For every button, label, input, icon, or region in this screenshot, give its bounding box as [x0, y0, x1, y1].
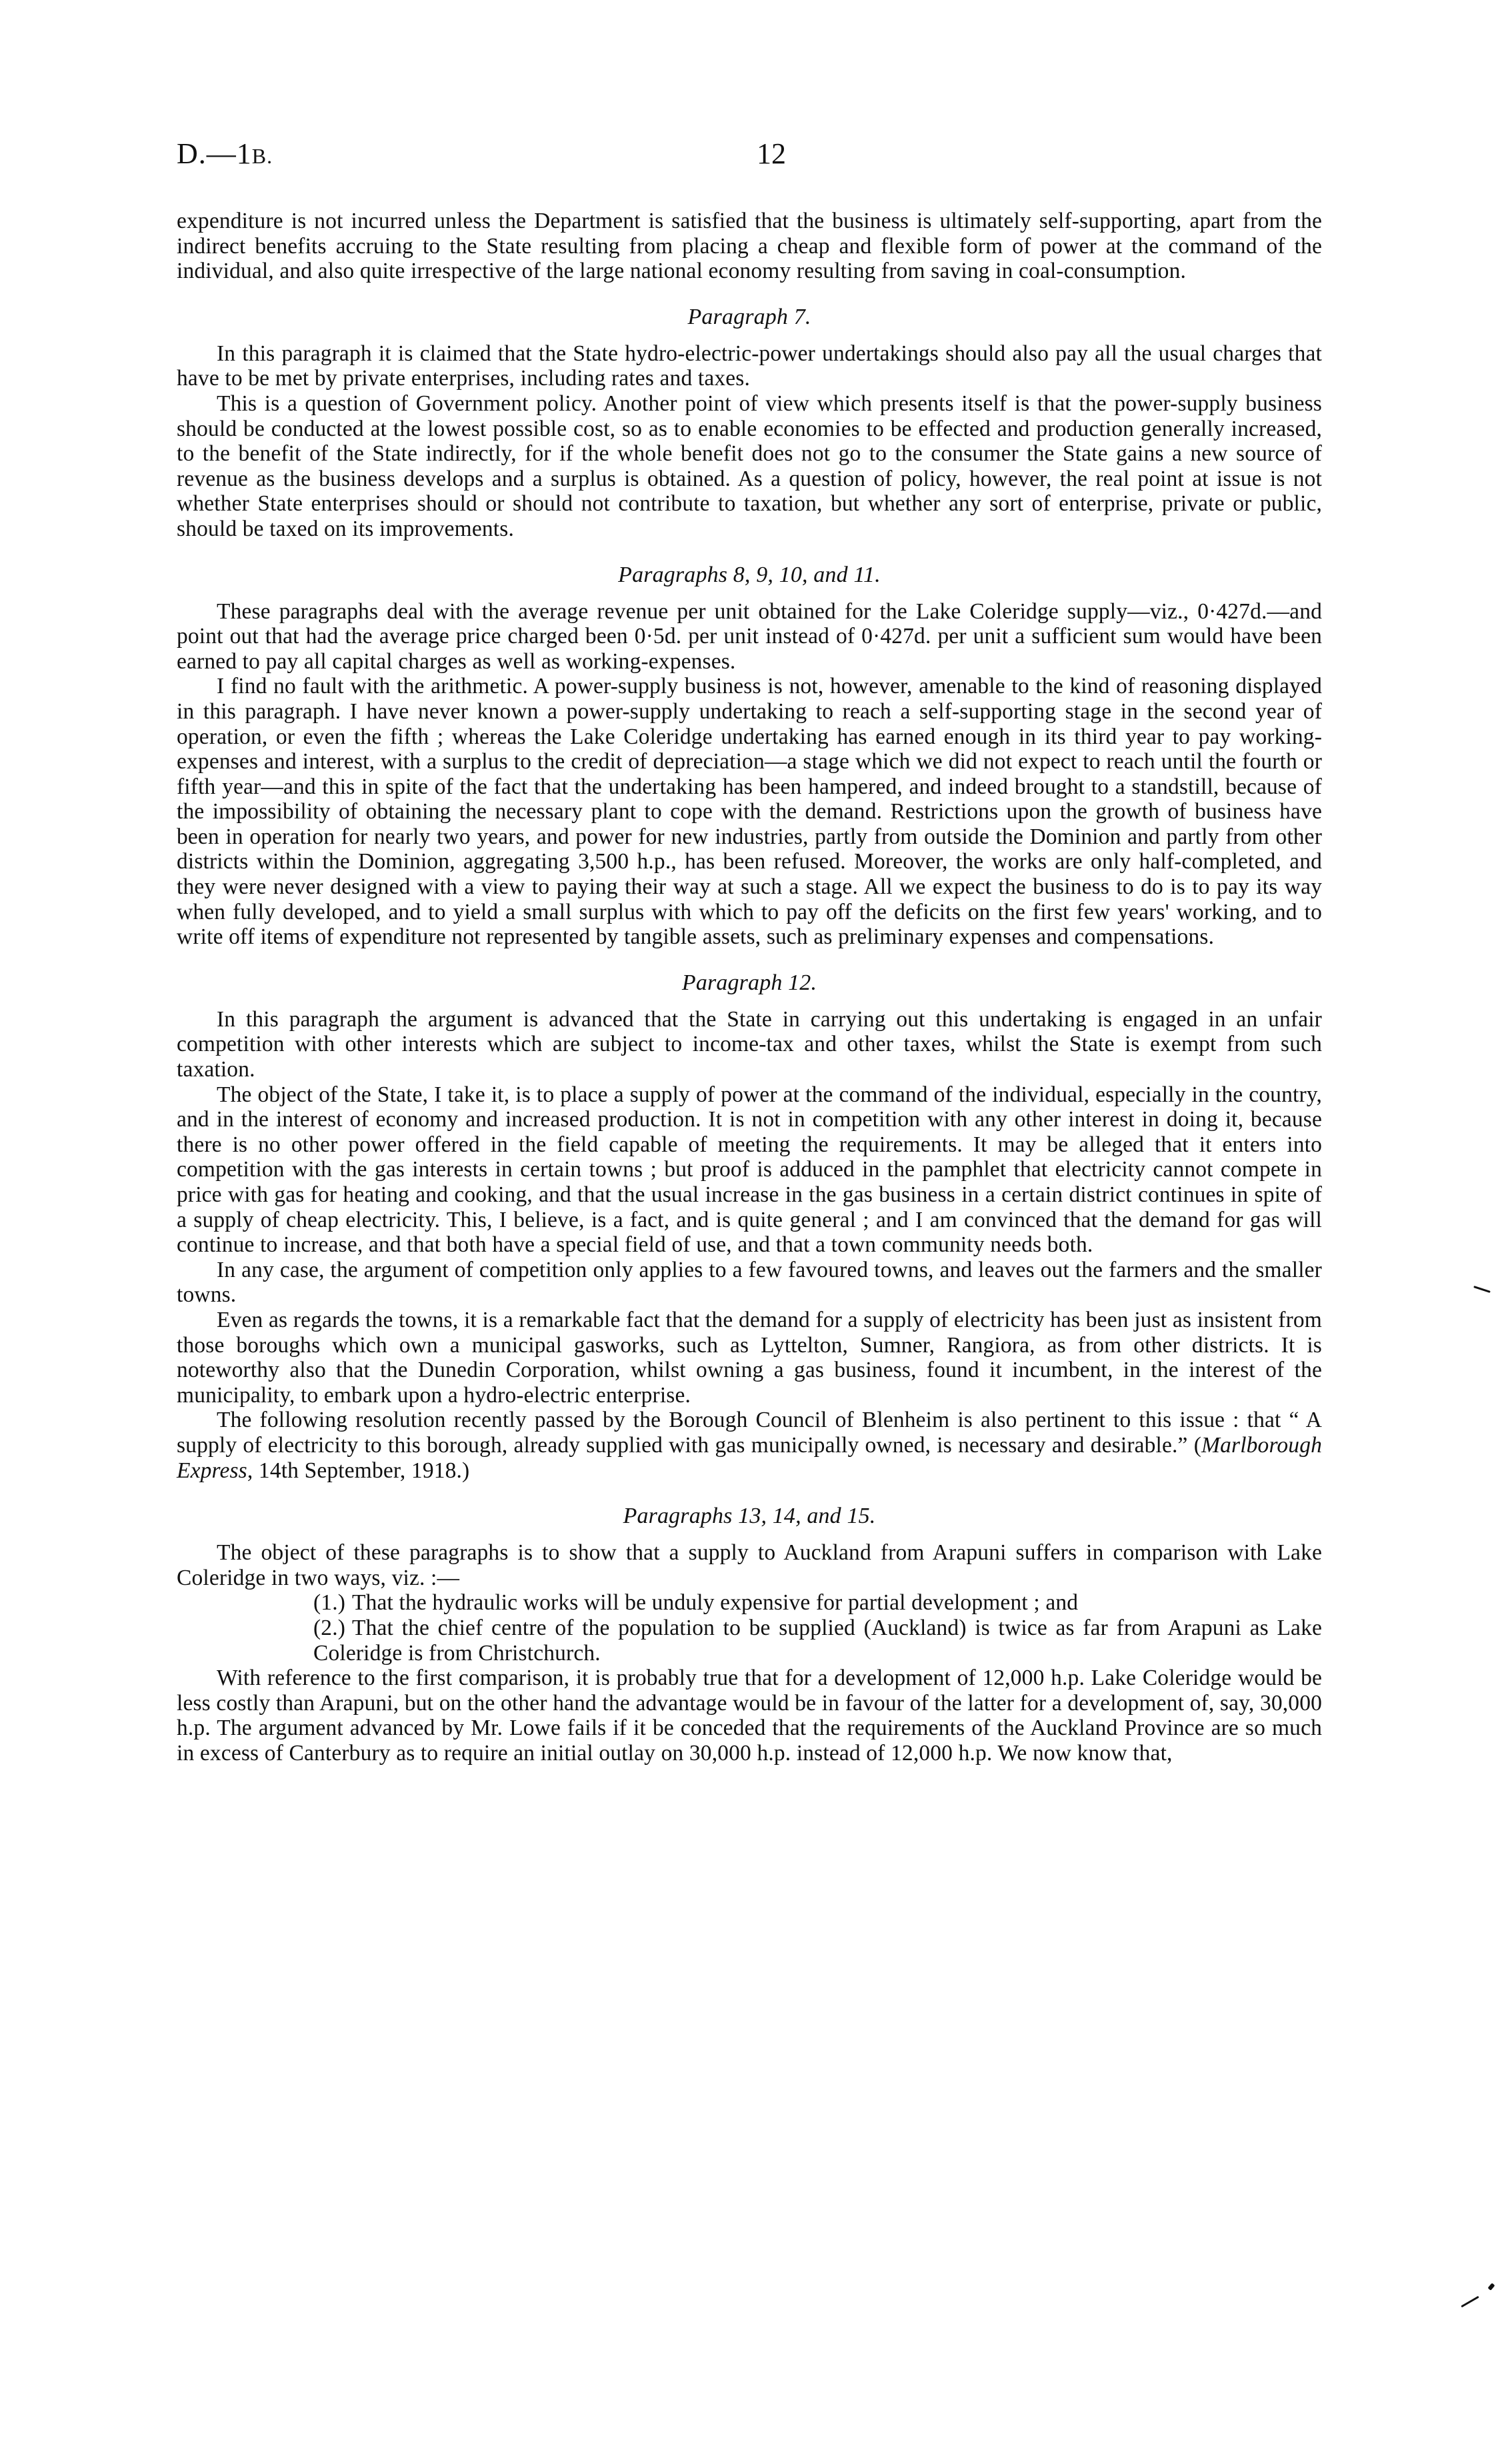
body-paragraph: With reference to the first comparison, …: [177, 1666, 1322, 1766]
body-paragraph: This is a question of Government policy.…: [177, 391, 1322, 542]
list-number: (2.): [313, 1616, 352, 1641]
continuation-paragraph: expenditure is not incurred unless the D…: [177, 209, 1322, 284]
page-header: D.—1B. 12: [177, 137, 1322, 177]
list-number: (1.): [313, 1590, 352, 1616]
body-paragraph: I find no fault with the arithmetic. A p…: [177, 674, 1322, 950]
body-paragraph: The object of the State, I take it, is t…: [177, 1082, 1322, 1258]
document-body: expenditure is not incurred unless the D…: [177, 209, 1322, 1766]
list-text: That the chief centre of the population …: [313, 1616, 1322, 1666]
scan-artifact-mark: [1473, 1286, 1491, 1293]
section-heading-paragraph-12: Paragraph 12.: [177, 970, 1322, 996]
list-text: That the hydraulic works will be unduly …: [352, 1590, 1078, 1615]
document-reference: D.—1B.: [177, 137, 273, 171]
section-heading-paragraphs-13-15: Paragraphs 13, 14, and 15.: [177, 1503, 1322, 1530]
numbered-list-item: (1.)That the hydraulic works will be und…: [177, 1590, 1322, 1616]
body-paragraph: Even as regards the towns, it is a remar…: [177, 1308, 1322, 1408]
document-reference-main: D.—1: [177, 137, 252, 170]
body-paragraph: In this paragraph the argument is advanc…: [177, 1007, 1322, 1082]
body-paragraph-resolution: The following resolution recently passed…: [177, 1408, 1322, 1483]
body-paragraph-intro: The object of these paragraphs is to sho…: [177, 1540, 1322, 1590]
section-heading-paragraphs-8-11: Paragraphs 8, 9, 10, and 11.: [177, 562, 1322, 589]
body-paragraph: In any case, the argument of competition…: [177, 1258, 1322, 1308]
body-paragraph: These paragraphs deal with the average r…: [177, 599, 1322, 674]
scan-artifact-mark: [1461, 2296, 1479, 2308]
document-reference-suffix: B.: [252, 144, 273, 168]
section-heading-paragraph-7: Paragraph 7.: [177, 304, 1322, 331]
scan-artifact-mark: [1487, 2283, 1495, 2291]
citation-date: , 14th September, 1918.): [247, 1458, 469, 1483]
page-number: 12: [757, 137, 786, 171]
body-paragraph: In this paragraph it is claimed that the…: [177, 341, 1322, 391]
numbered-list-item: (2.)That the chief centre of the populat…: [177, 1616, 1322, 1666]
resolution-text: The following resolution recently passed…: [177, 1408, 1322, 1458]
